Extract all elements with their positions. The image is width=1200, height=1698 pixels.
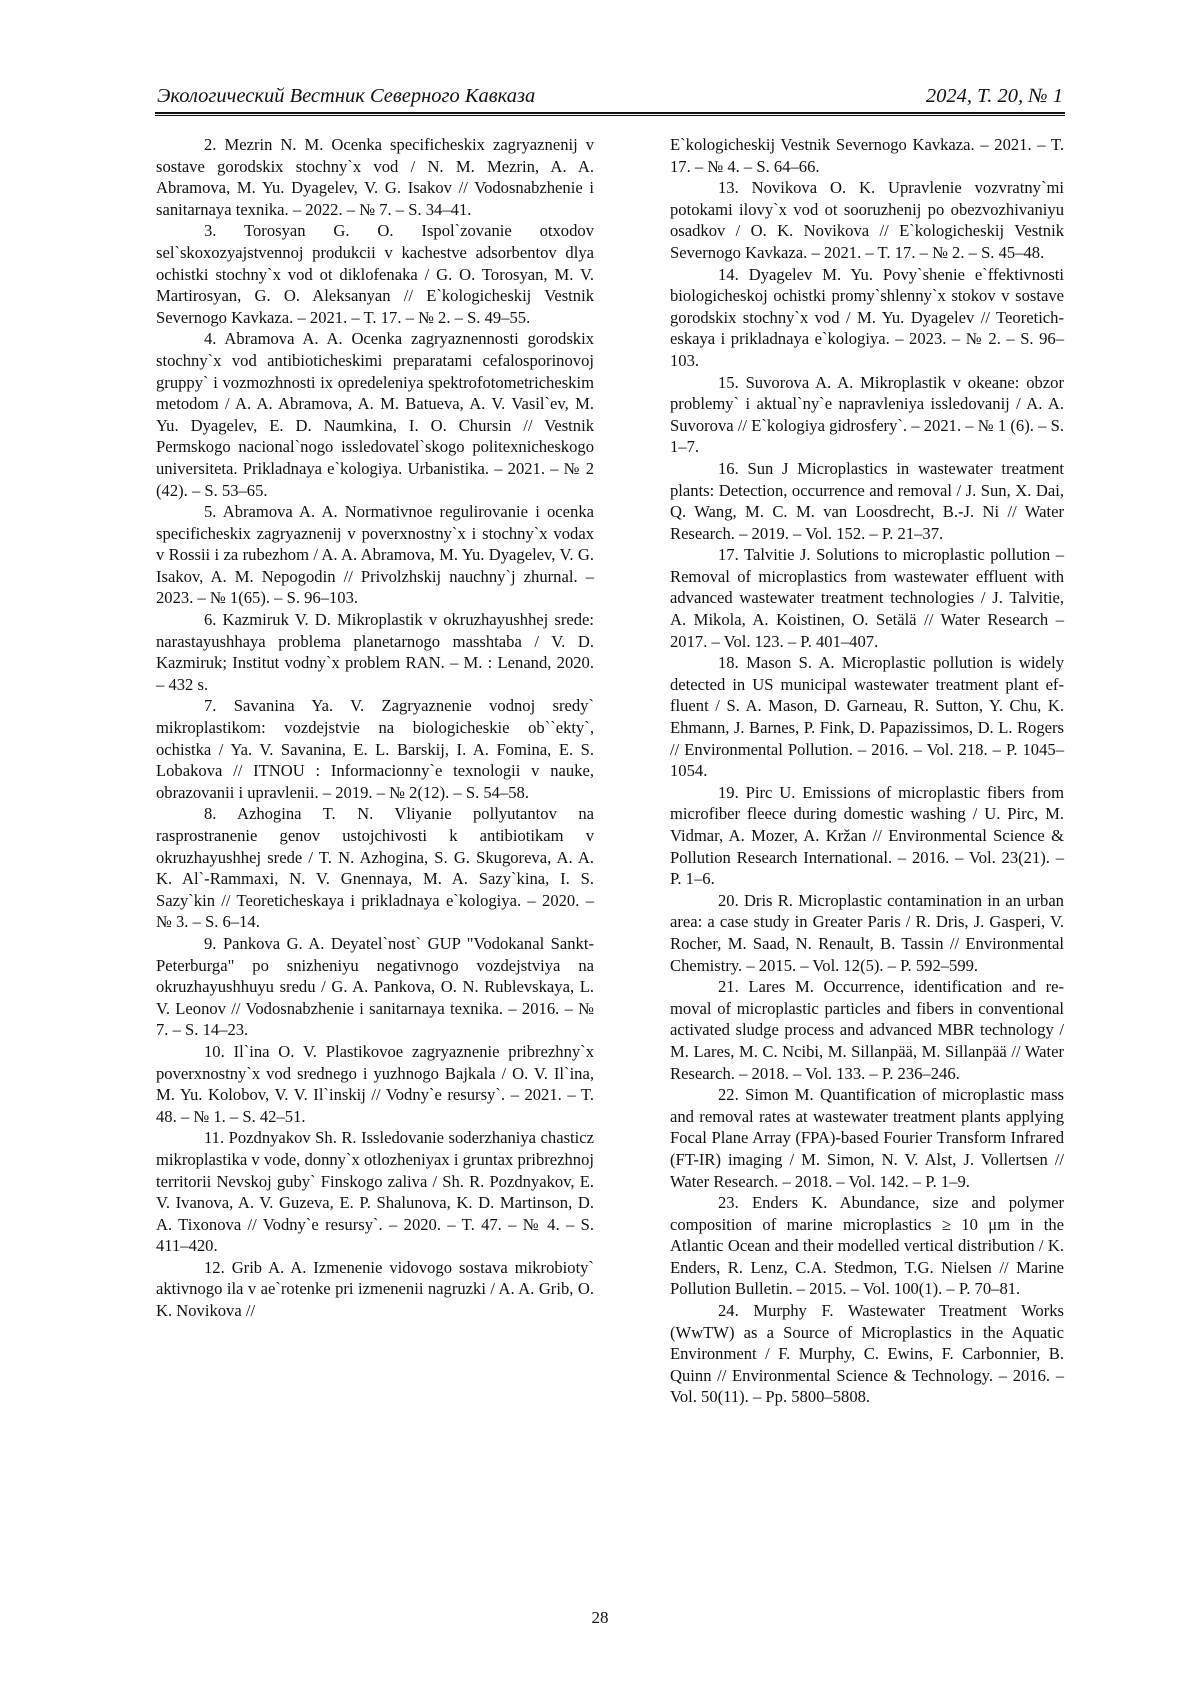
reference-continuation: E`kologicheskij Vestnik Severnogo Kavkaz…: [670, 134, 1064, 177]
reference-item: 24. Murphy F. Wastewater Treatment Works…: [670, 1300, 1064, 1408]
references-right-column: E`kologicheskij Vestnik Severnogo Kavkaz…: [670, 134, 1064, 1408]
reference-number: 8.: [204, 804, 216, 823]
reference-item: 13. Novikova O. K. Upravlenie vozvratny`…: [670, 177, 1064, 263]
reference-item: 3. Torosyan G. O. Ispol`zovanie otxodov …: [156, 220, 594, 328]
reference-item: 5. Abramova A. A. Normativnoe regulirova…: [156, 501, 594, 609]
reference-item: 20. Dris R. Microplastic contamination i…: [670, 890, 1064, 976]
reference-number: 9.: [204, 934, 216, 953]
reference-item: 8. Azhogina T. N. Vliyanie pollyutantov …: [156, 803, 594, 933]
reference-number: 18.: [718, 653, 739, 672]
reference-text: Pankova G. A. Deyatel`nost` GUP "Vodokan…: [156, 934, 594, 1039]
reference-number: 20.: [718, 891, 739, 910]
reference-item: 19. Pirc U. Emissions of microplastic fi…: [670, 782, 1064, 890]
issue-info: 2024, Т. 20, № 1: [926, 84, 1063, 108]
reference-text: Mason S. A. Microplastic pollution is wi…: [670, 653, 1064, 780]
reference-number: 2.: [204, 135, 216, 154]
reference-item: 2. Mezrin N. M. Ocenka specificheskix za…: [156, 134, 594, 220]
reference-text: Mezrin N. M. Ocenka specificheskix zagry…: [156, 135, 594, 219]
reference-number: 12.: [204, 1258, 225, 1277]
reference-text: Azhogina T. N. Vliyanie pollyutantov na …: [156, 804, 594, 931]
reference-number: 10.: [204, 1042, 225, 1061]
reference-text: Abramova A. A. Ocenka zagryaznennosti go…: [156, 329, 594, 499]
reference-number: 17.: [718, 545, 739, 564]
reference-number: 24.: [718, 1301, 739, 1320]
journal-title: Экологический Вестник Северного Кавказа: [157, 84, 535, 108]
reference-number: 21.: [718, 977, 739, 996]
reference-number: 7.: [204, 696, 216, 715]
reference-item: 18. Mason S. A. Microplastic pollution i…: [670, 652, 1064, 782]
reference-number: 4.: [204, 329, 216, 348]
reference-item: 6. Kazmiruk V. D. Mikroplastik v okruzha…: [156, 609, 594, 695]
reference-item: 7. Savanina Ya. V. Zagryaznenie vodnoj s…: [156, 695, 594, 803]
reference-number: 13.: [718, 178, 739, 197]
header-rule: [155, 112, 1065, 116]
reference-text: Savanina Ya. V. Zagryaznenie vodnoj sred…: [156, 696, 594, 801]
reference-item: 23. Enders K. Abundance, size and polyme…: [670, 1192, 1064, 1300]
reference-number: 3.: [204, 221, 216, 240]
reference-number: 11.: [204, 1128, 224, 1147]
reference-item: 21. Lares M. Occurrence, identification …: [670, 976, 1064, 1084]
reference-number: 6.: [204, 610, 216, 629]
reference-item: 4. Abramova A. A. Ocenka zagryaznennosti…: [156, 328, 594, 501]
reference-text: Pozdnyakov Sh. R. Issledovanie soderzhan…: [156, 1128, 594, 1255]
reference-text: Abramova A. A. Normativnoe regulirovanie…: [156, 502, 594, 607]
reference-item: 14. Dyagelev M. Yu. Povy`shenie e`ffekti…: [670, 264, 1064, 372]
reference-number: 15.: [718, 373, 739, 392]
reference-item: 16. Sun J Microplastics in wastewater tr…: [670, 458, 1064, 544]
reference-item: 9. Pankova G. A. Deyatel`nost` GUP "Vodo…: [156, 933, 594, 1041]
reference-text: Torosyan G. O. Ispol`zovanie otxodov sel…: [156, 221, 594, 326]
reference-number: 23.: [718, 1193, 739, 1212]
reference-number: 5.: [204, 502, 216, 521]
reference-text: Kazmiruk V. D. Mikroplastik v okruzhayus…: [156, 610, 594, 694]
running-header: Экологический Вестник Северного Кавказа …: [155, 84, 1063, 114]
reference-item: 15. Suvorova A. A. Mikroplastik v okeane…: [670, 372, 1064, 458]
reference-number: 22.: [718, 1085, 739, 1104]
reference-number: 14.: [718, 265, 739, 284]
reference-item: 22. Simon M. Quantification of microplas…: [670, 1084, 1064, 1192]
reference-text: E`kologicheskij Vestnik Severnogo Kavkaz…: [670, 135, 1064, 176]
reference-number: 16.: [718, 459, 739, 478]
page-number: 28: [0, 1608, 1200, 1628]
references-left-column: 2. Mezrin N. M. Ocenka specificheskix za…: [156, 134, 594, 1322]
reference-item: 12. Grib A. A. Izmenenie vidovogo sostav…: [156, 1257, 594, 1322]
reference-item: 10. Il`ina O. V. Plastikovoe zagryazneni…: [156, 1041, 594, 1127]
reference-number: 19.: [718, 783, 739, 802]
reference-item: 17. Talvitie J. Solutions to microplasti…: [670, 544, 1064, 652]
reference-item: 11. Pozdnyakov Sh. R. Issledovanie soder…: [156, 1127, 594, 1257]
